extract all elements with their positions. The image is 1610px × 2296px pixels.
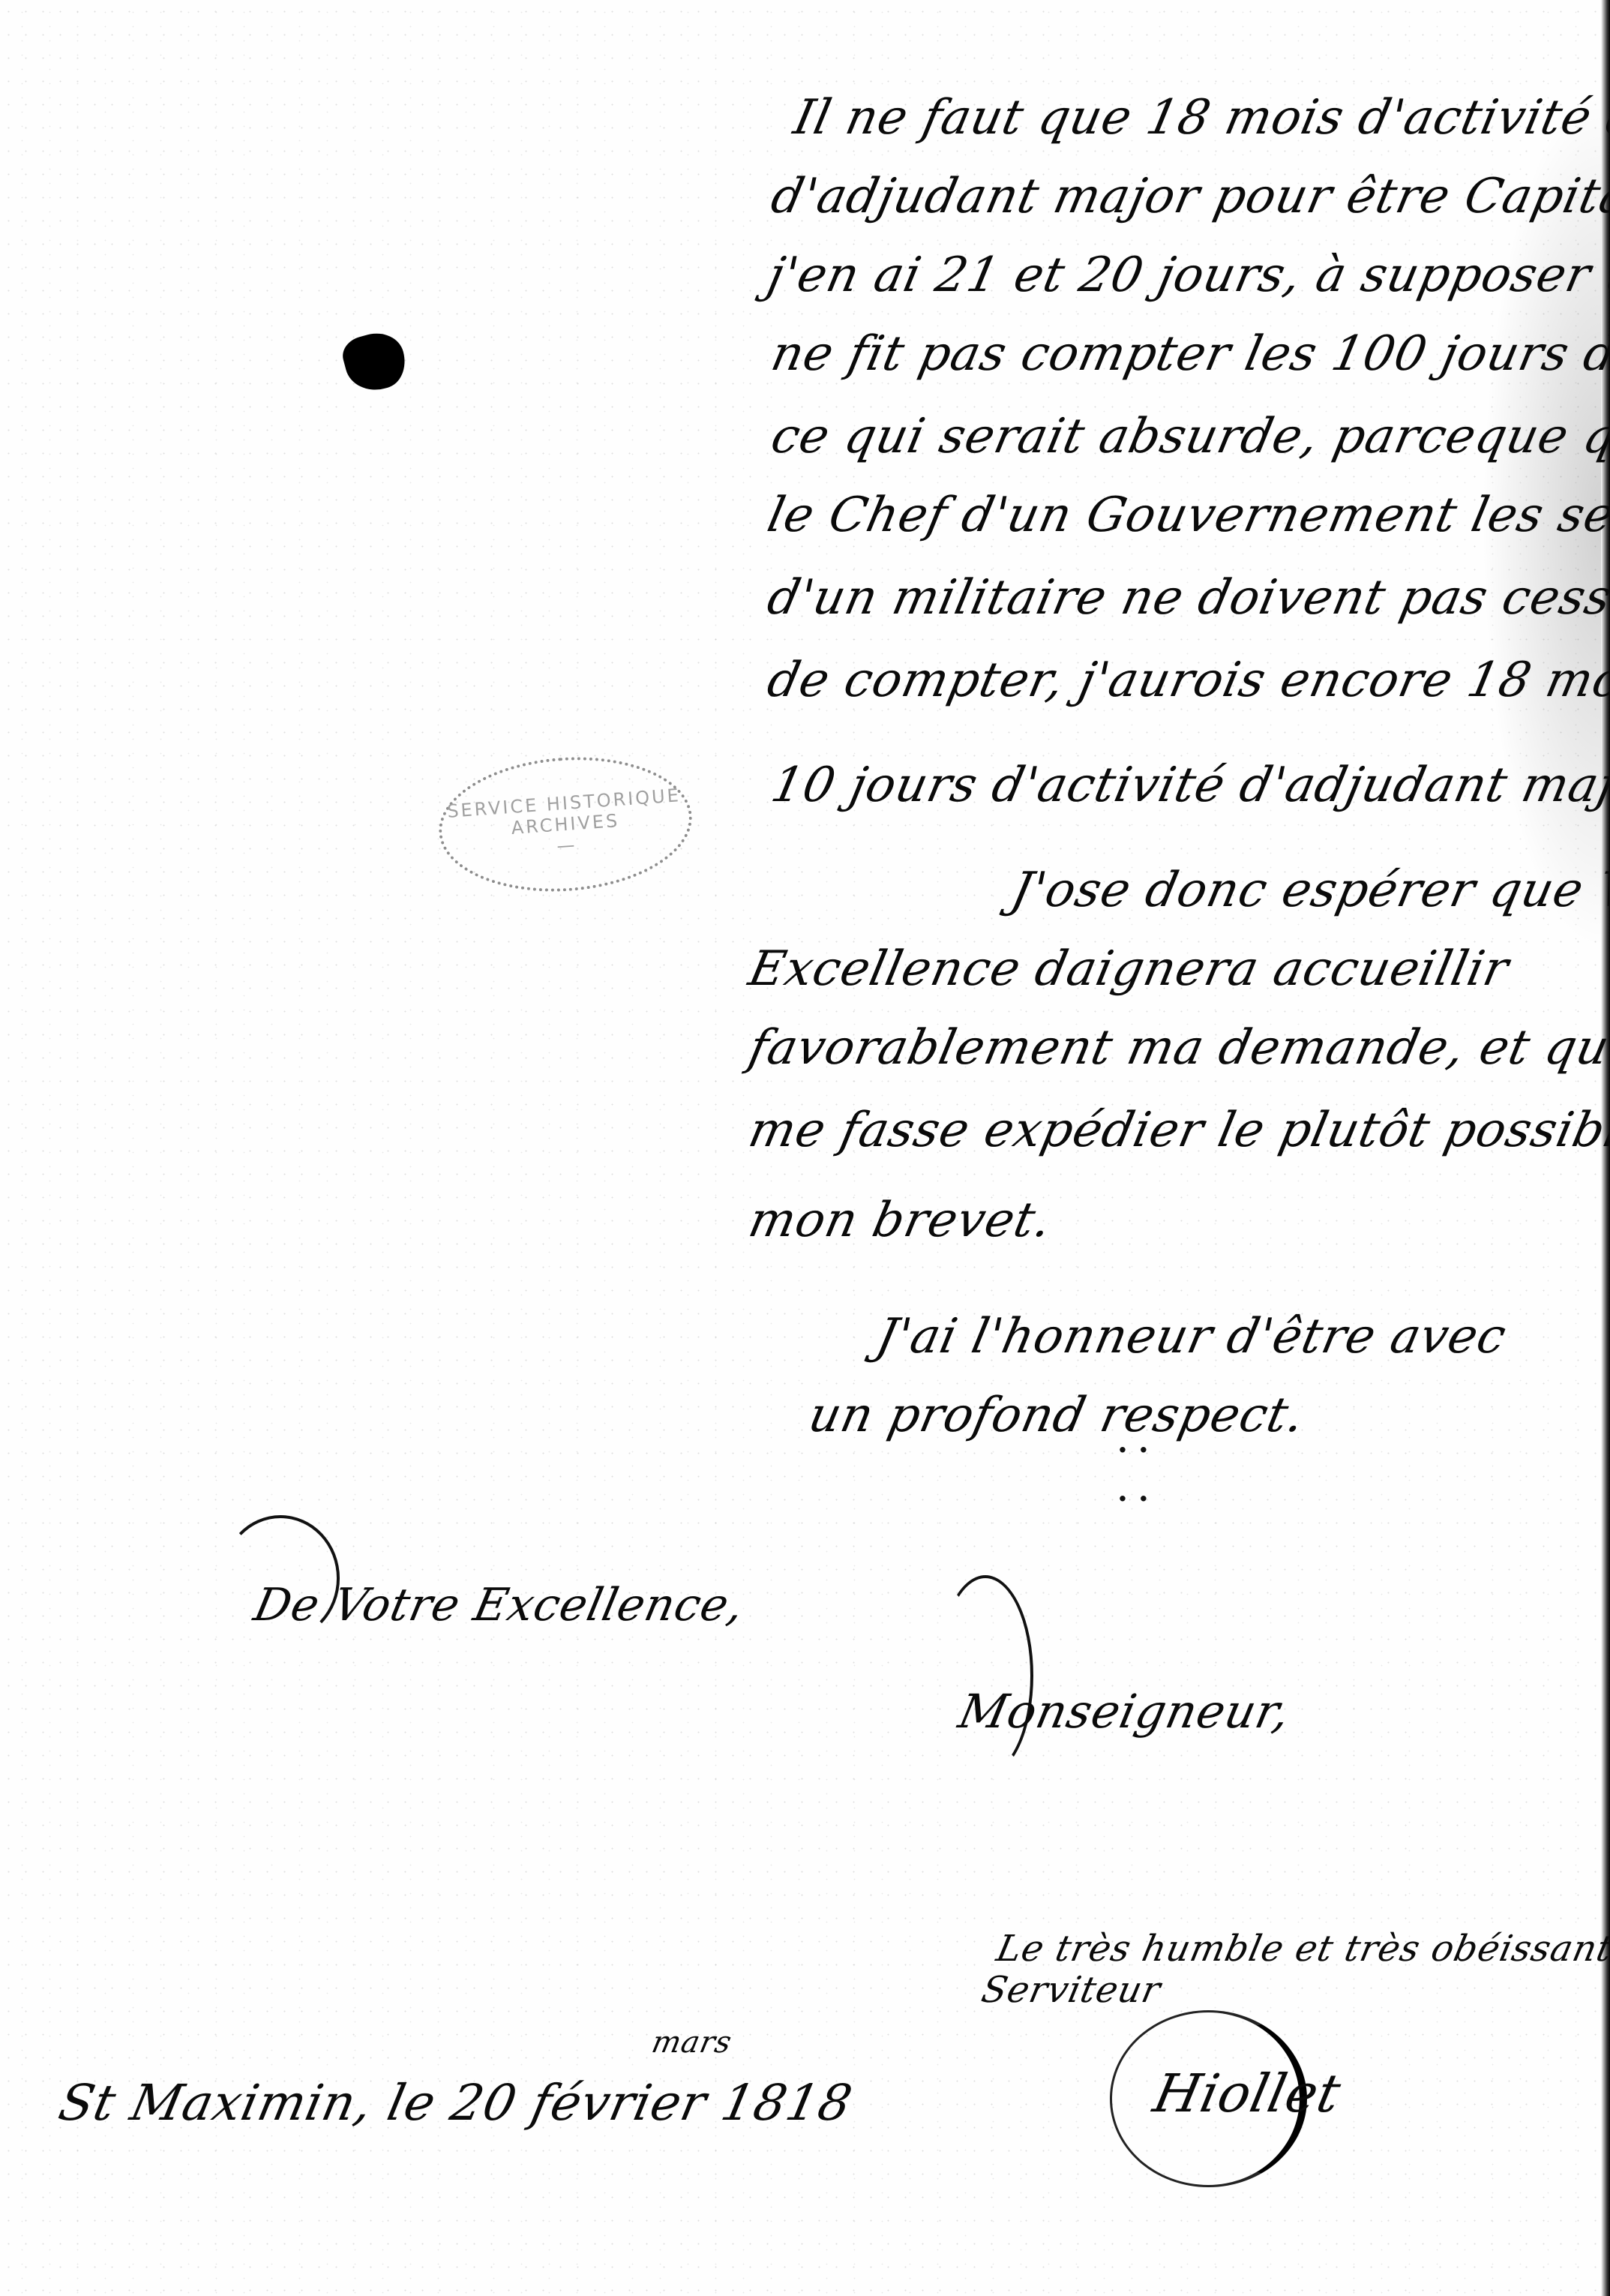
body-line-1: Il ne faut que 18 mois d'activité de gra…	[789, 90, 1610, 146]
ink-blot	[339, 327, 412, 397]
m-flourish	[937, 1575, 1033, 1776]
salutation-left: De Votre Excellence,	[250, 1579, 749, 1631]
body-line-2: d'adjudant major pour être Capitaine et	[766, 169, 1610, 224]
archive-stamp: SERVICE HISTORIQUE ARCHIVES —	[434, 749, 697, 899]
body-line-8: de compter, j'aurois encore 18 mois et	[763, 653, 1610, 708]
signature: Hiollet	[1148, 2063, 1346, 2124]
request-line-3: favorablement ma demande, et qu'elle	[744, 1020, 1610, 1076]
place-date: St Maximin, le 20 février 1818	[54, 2074, 858, 2132]
body-line-7: d'un militaire ne doivent pas cesser	[763, 570, 1610, 626]
closing-line-1: J'ai l'honneur d'être avec	[871, 1309, 1511, 1364]
body-line-5: ce qui serait absurde, parceque quelque …	[766, 409, 1610, 464]
date-correction: mars	[649, 2025, 735, 2060]
body-line-9: 10 jours d'activité d'adjudant major.	[766, 758, 1610, 813]
body-line-6: le Chef d'un Gouvernement les services	[763, 488, 1610, 543]
ellipsis-mark-1: · ·	[1117, 1433, 1149, 1468]
ellipsis-mark-2: · ·	[1117, 1481, 1149, 1517]
valediction-2: Serviteur	[978, 1969, 1165, 2011]
request-line-4: me fasse expédier le plutôt possible	[744, 1103, 1610, 1158]
request-line-1: J'ose donc espérer que Votre	[1006, 863, 1610, 918]
salutation-right: Monseigneur,	[954, 1684, 1295, 1739]
stamp-line-3: —	[556, 834, 578, 857]
body-line-4: ne fit pas compter les 100 jours d'inter…	[766, 326, 1610, 382]
request-line-5: mon brevet.	[744, 1193, 1057, 1248]
closing-line-2: un profond respect.	[804, 1388, 1309, 1443]
request-line-2: Excellence daignera accueillir	[744, 941, 1514, 997]
letter-page: SERVICE HISTORIQUE ARCHIVES — Il ne faut…	[0, 0, 1610, 2296]
body-line-3: j'en ai 21 et 20 jours, à supposer que l…	[763, 248, 1610, 303]
valediction: Le très humble et très obéissant	[993, 1928, 1610, 1970]
